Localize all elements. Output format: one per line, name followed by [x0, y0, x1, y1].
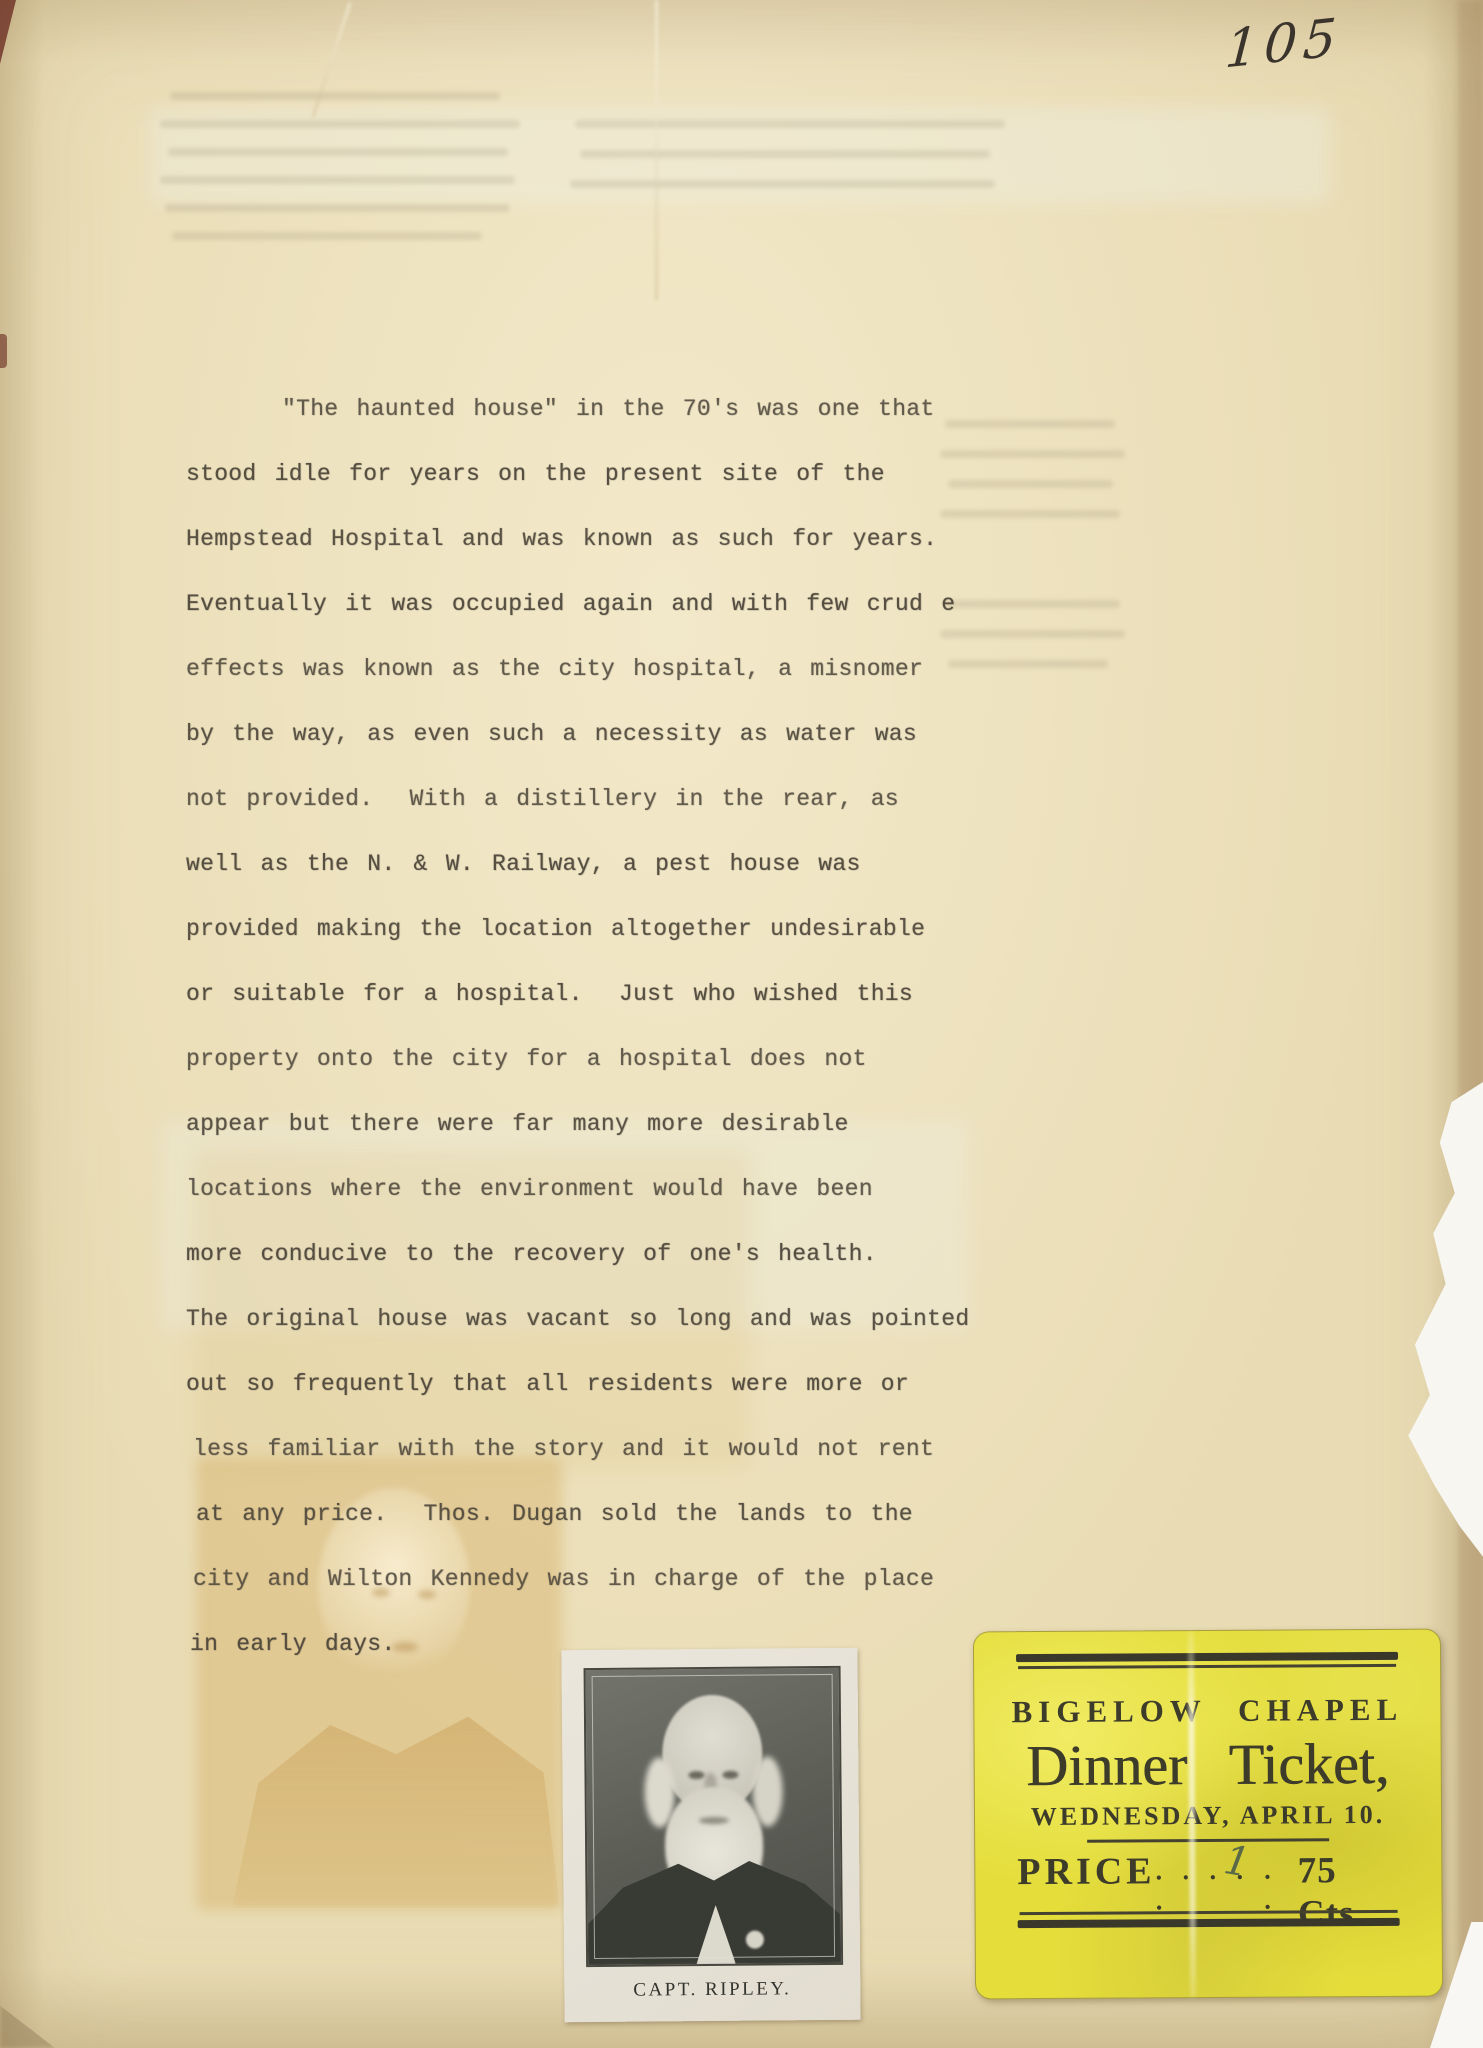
bleed-through-text [172, 232, 482, 240]
ticket-price-label: PRICE [1017, 1849, 1156, 1894]
bleed-through-text [945, 600, 1120, 608]
paper-crease [312, 2, 352, 117]
typed-line: less familiar with the story and it woul… [193, 1436, 934, 1470]
typed-line: not provided. With a distillery in the r… [186, 786, 899, 820]
handwritten-page-number: 105 [1223, 7, 1344, 80]
portrait-photo [584, 1666, 844, 1967]
typed-line: well as the N. & W. Railway, a pest hous… [186, 851, 861, 885]
photo-clipping: CAPT. RIPLEY. [561, 1648, 860, 2023]
bleed-through-text [948, 660, 1108, 668]
ticket-rule-middle [1087, 1838, 1329, 1842]
typed-line: by the way, as even such a necessity as … [186, 721, 917, 755]
torn-corner-bottom-left [0, 1995, 55, 2048]
typed-line: out so frequently that all residents wer… [186, 1371, 909, 1405]
ticket-leader-dots: . . [1264, 1855, 1298, 1915]
paper-crease [655, 0, 658, 300]
bleed-through-text [945, 420, 1115, 428]
typed-line: effects was known as the city hospital, … [186, 656, 923, 690]
ticket-title: Dinner Ticket, [974, 1730, 1440, 1800]
bleed-through-text [570, 180, 995, 188]
typed-line: appear but there were far many more desi… [186, 1111, 849, 1145]
typed-line: in early days. [190, 1631, 395, 1665]
typed-line: property onto the city for a hospital do… [186, 1046, 867, 1080]
ticket-rule-top-thick [1016, 1652, 1398, 1662]
bleed-through-text [948, 480, 1113, 488]
dinner-ticket: BIGELOW CHAPEL Dinner Ticket, WEDNESDAY,… [973, 1629, 1443, 2000]
bleed-through-text [940, 450, 1125, 458]
ticket-date: WEDNESDAY, APRIL 10. [975, 1800, 1441, 1833]
typed-line: at any price. Thos. Dugan sold the lands… [196, 1501, 913, 1535]
binding-sliver-left [0, 334, 7, 368]
bleed-through-text [160, 120, 520, 128]
bleed-through-text [168, 148, 508, 156]
ticket-rule-top-thin [1018, 1664, 1396, 1669]
bleed-through-text [170, 92, 500, 100]
page-right-edge-shading [1458, 0, 1483, 2048]
typed-line: provided making the location altogether … [186, 916, 925, 950]
typed-line: locations where the environment would ha… [186, 1176, 873, 1210]
bleed-through-text [940, 630, 1125, 638]
ticket-crease [1188, 1631, 1196, 1997]
photo-inner-border [592, 1674, 835, 1959]
typed-line: The original house was vacant so long an… [186, 1306, 969, 1340]
typed-line: more conducive to the recovery of one's … [186, 1241, 877, 1275]
ticket-venue: BIGELOW CHAPEL [974, 1692, 1440, 1731]
typed-line: city and Wilton Kennedy was in charge of… [193, 1566, 934, 1600]
typed-line: stood idle for years on the present site… [186, 461, 885, 495]
typed-line: "The haunted house" in the 70's was one … [282, 396, 935, 430]
ticket-price-row: PRICE . . . . . 1 . . 75 Cts. [1017, 1848, 1401, 1902]
typed-line: Eventually it was occupied again and wit… [186, 591, 955, 625]
bleed-through-text [940, 510, 1120, 518]
typed-line: or suitable for a hospital. Just who wis… [186, 981, 913, 1015]
binding-sliver-top-left [0, 0, 16, 64]
bleed-through-text [160, 176, 515, 184]
bleed-through-text [580, 150, 990, 158]
ghost-portrait-mouth [392, 1642, 418, 1652]
typed-line: Hempstead Hospital and was known as such… [186, 526, 937, 560]
bleed-through-text [575, 120, 1005, 128]
torn-edge-notch [1400, 1082, 1483, 1587]
photo-caption: CAPT. RIPLEY. [564, 1978, 860, 2003]
bleed-through-text [165, 204, 510, 212]
scrapbook-page: 105 "The haunted house" in the 70's was … [0, 0, 1483, 2048]
